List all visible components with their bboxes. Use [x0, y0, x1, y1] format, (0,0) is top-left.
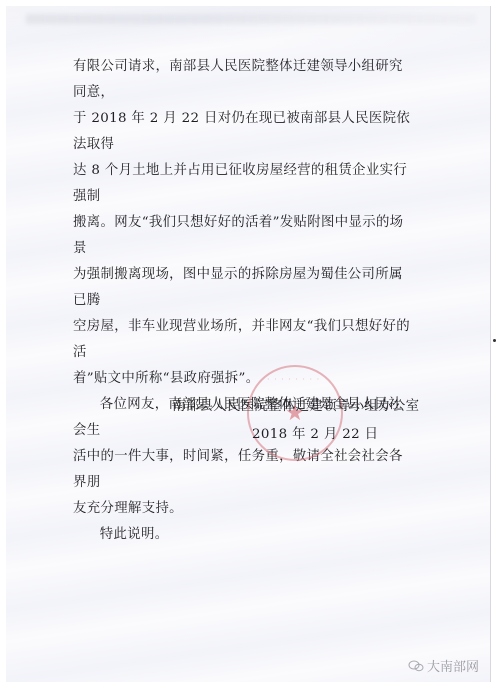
- seal-ring-text: · · · · · · · ·: [267, 375, 320, 384]
- text-line: 着”贴文中所称“县政府强拆”。: [73, 366, 413, 392]
- text-line: 友充分理解支持。: [73, 496, 413, 522]
- text-line: 搬离。网友“我们只想好好的活着”发贴附图中显示的场景: [73, 210, 413, 262]
- paragraph-1: 有限公司请求，南部县人民医院整体迁建领导小组研究同意， 于 2018 年 2 月…: [73, 54, 413, 392]
- signing-date: 2018 年 2 月 22 日: [252, 422, 378, 448]
- faded-previous-line: [26, 14, 476, 24]
- text-line: 为强制搬离现场，图中显示的拆除房屋为蜀佳公司所属已腾: [73, 262, 413, 314]
- text-line: 于 2018 年 2 月 22 日对仍在现已被南部县人民医院依法取得: [73, 106, 413, 158]
- text-line: 达 8 个月土地上并占用已征收房屋经营的租赁企业实行强制: [73, 158, 413, 210]
- document-body: 有限公司请求，南部县人民医院整体迁建领导小组研究同意， 于 2018 年 2 月…: [73, 54, 413, 548]
- paragraph-3: 特此说明。: [73, 522, 413, 548]
- text-line: 特此说明。: [73, 522, 413, 548]
- text-line: 活中的一件大事，时间紧，任务重，敬请全社会社会各界朋: [73, 444, 413, 496]
- text-line: 有限公司请求，南部县人民医院整体迁建领导小组研究同意，: [73, 54, 413, 106]
- watermark-label: 大南部网: [427, 656, 479, 675]
- margin-mark: [493, 339, 496, 342]
- wechat-icon: [408, 660, 424, 672]
- text-line: 空房屋，非车业现营业场所，并非网友“我们只想好好的活: [73, 314, 413, 366]
- source-watermark: 大南部网: [408, 656, 479, 675]
- signing-organization: 南部县人民医院整体迁建领导小组办公室: [172, 394, 419, 420]
